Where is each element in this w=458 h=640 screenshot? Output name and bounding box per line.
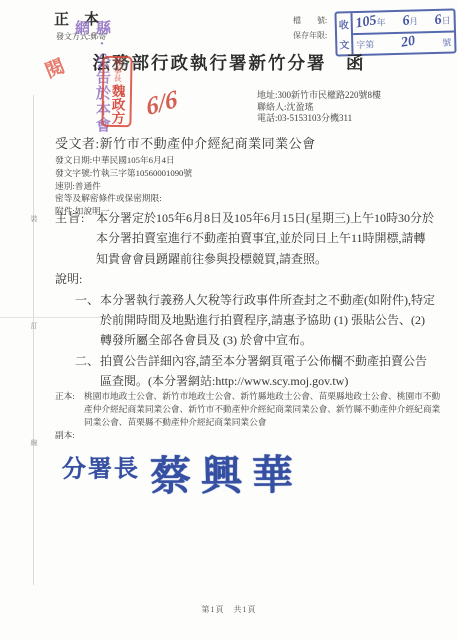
handwritten-date-annotation: 6/6 — [145, 86, 180, 123]
signature-title: 分署長 — [62, 456, 140, 483]
priority-line: 速別:普通件 — [55, 180, 192, 193]
received-char: 收 — [336, 13, 351, 34]
binding-mark-ding: 訂 — [28, 321, 40, 331]
contact-phone: 電話:03-5153103分機311 — [257, 113, 381, 125]
received-year-handwritten: 105 — [355, 14, 378, 31]
chairman-stamp: 理事長 魏政方 — [101, 56, 132, 128]
original-copy-label: 正本: — [55, 390, 75, 403]
explanation-item-1: 一、 本分署執行義務人欠稅等行政事件所查封之不動產(如附件),特定於前開時間及地… — [55, 290, 437, 351]
received-stamp-left-column: 收 文 — [336, 13, 353, 54]
number-prefix: 字第 — [356, 37, 374, 50]
contact-block: 地址:300新竹市民權路220號8樓 聯絡人:沈盈瑤 電話:03-5153103… — [257, 90, 381, 125]
issue-number-line: 發文字號:竹執三字第10560001090號 — [55, 167, 192, 180]
chairman-stamp-title: 理事長 — [113, 58, 121, 82]
file-number-label: 檔 號: — [293, 13, 327, 28]
issue-date-line: 發文日期:中華民國105年6月4日 — [55, 154, 192, 167]
distribution-block: 正本: 桃園市地政士公會、新竹市地政士公會、新竹縣地政士公會、苗栗縣地政士公會、… — [55, 390, 447, 429]
received-month-handwritten: 6 — [401, 14, 410, 29]
explanation-item-1-number: 一、 — [75, 290, 99, 310]
binding-line — [33, 95, 34, 585]
confidentiality-line: 密等及解密條件或保密期限: — [55, 192, 192, 205]
explanation-item-2-text: 拍賣公告詳細內容,請至本分署網頁電子公佈欄不動產拍賣公告區查閱。(本分署網站:h… — [100, 354, 427, 388]
subject-text: 本分署定於105年6月8日及105年6月15日(星期三)上午10時30分於本分署… — [96, 211, 434, 266]
binding-mark-xian: 線 — [28, 438, 40, 448]
letter-body: 主旨: 本分署定於105年6月8日及105年6月15日(星期三)上午10時30分… — [55, 208, 437, 392]
received-date-row: 105 年 6 月 6 日 — [352, 10, 454, 34]
day-unit: 日 — [442, 14, 451, 27]
signature-name: 蔡興華 — [150, 452, 303, 499]
explanation-item-2-number: 二、 — [75, 351, 99, 371]
contact-address: 地址:300新竹市民權路220號8樓 — [257, 90, 381, 102]
explanation-label: 說明: — [55, 269, 437, 289]
contact-person: 聯絡人:沈盈瑤 — [257, 102, 381, 114]
subject-block: 主旨: 本分署定於105年6月8日及105年6月15日(星期三)上午10時30分… — [55, 208, 437, 269]
director-signature: 分署長 蔡興華 — [62, 442, 304, 503]
page-number-footer: 第1頁 共1頁 — [0, 604, 458, 615]
number-suffix: 號 — [442, 35, 451, 48]
received-stamp-right-column: 105 年 6 月 6 日 字第 20 號 — [352, 10, 454, 54]
explanation-item-1-text: 本分署執行義務人欠稅等行政事件所查封之不動產(如附件),特定於前開時間及地點進行… — [100, 293, 435, 348]
recipient-line: 受文者:新竹市不動產仲介經紀商業同業公會 — [55, 133, 316, 152]
received-number-handwritten: 20 — [400, 35, 416, 51]
original-copy-list: 桃園市地政士公會、新竹市地政士公會、新竹縣地政士公會、苗栗縣地政士公會、桃園市不… — [84, 391, 440, 427]
page-title: 法務部行政執行署新竹分署 函 — [0, 50, 458, 75]
original-copy-row: 正本: 桃園市地政士公會、新竹市地政士公會、新竹縣地政士公會、苗栗縣地政士公會、… — [55, 390, 447, 429]
archive-labels: 檔 號: 保存年限: — [293, 13, 327, 43]
document-page: 裝 訂 線 正 本 發文方式:郵寄 檔 號: 保存年限: 收 文 105 年 6… — [0, 0, 458, 640]
carbon-copy-label: 副本: — [55, 429, 75, 442]
binding-mark-zhuang: 裝 — [28, 214, 40, 224]
subject-label: 主旨: — [55, 208, 85, 228]
chairman-stamp-name: 魏政方 — [110, 84, 124, 125]
year-unit: 年 — [377, 16, 386, 29]
explanation-item-2: 二、 拍賣公告詳細內容,請至本分署網頁電子公佈欄不動產拍賣公告區查閱。(本分署網… — [55, 351, 437, 392]
retention-label: 保存年限: — [293, 28, 327, 43]
